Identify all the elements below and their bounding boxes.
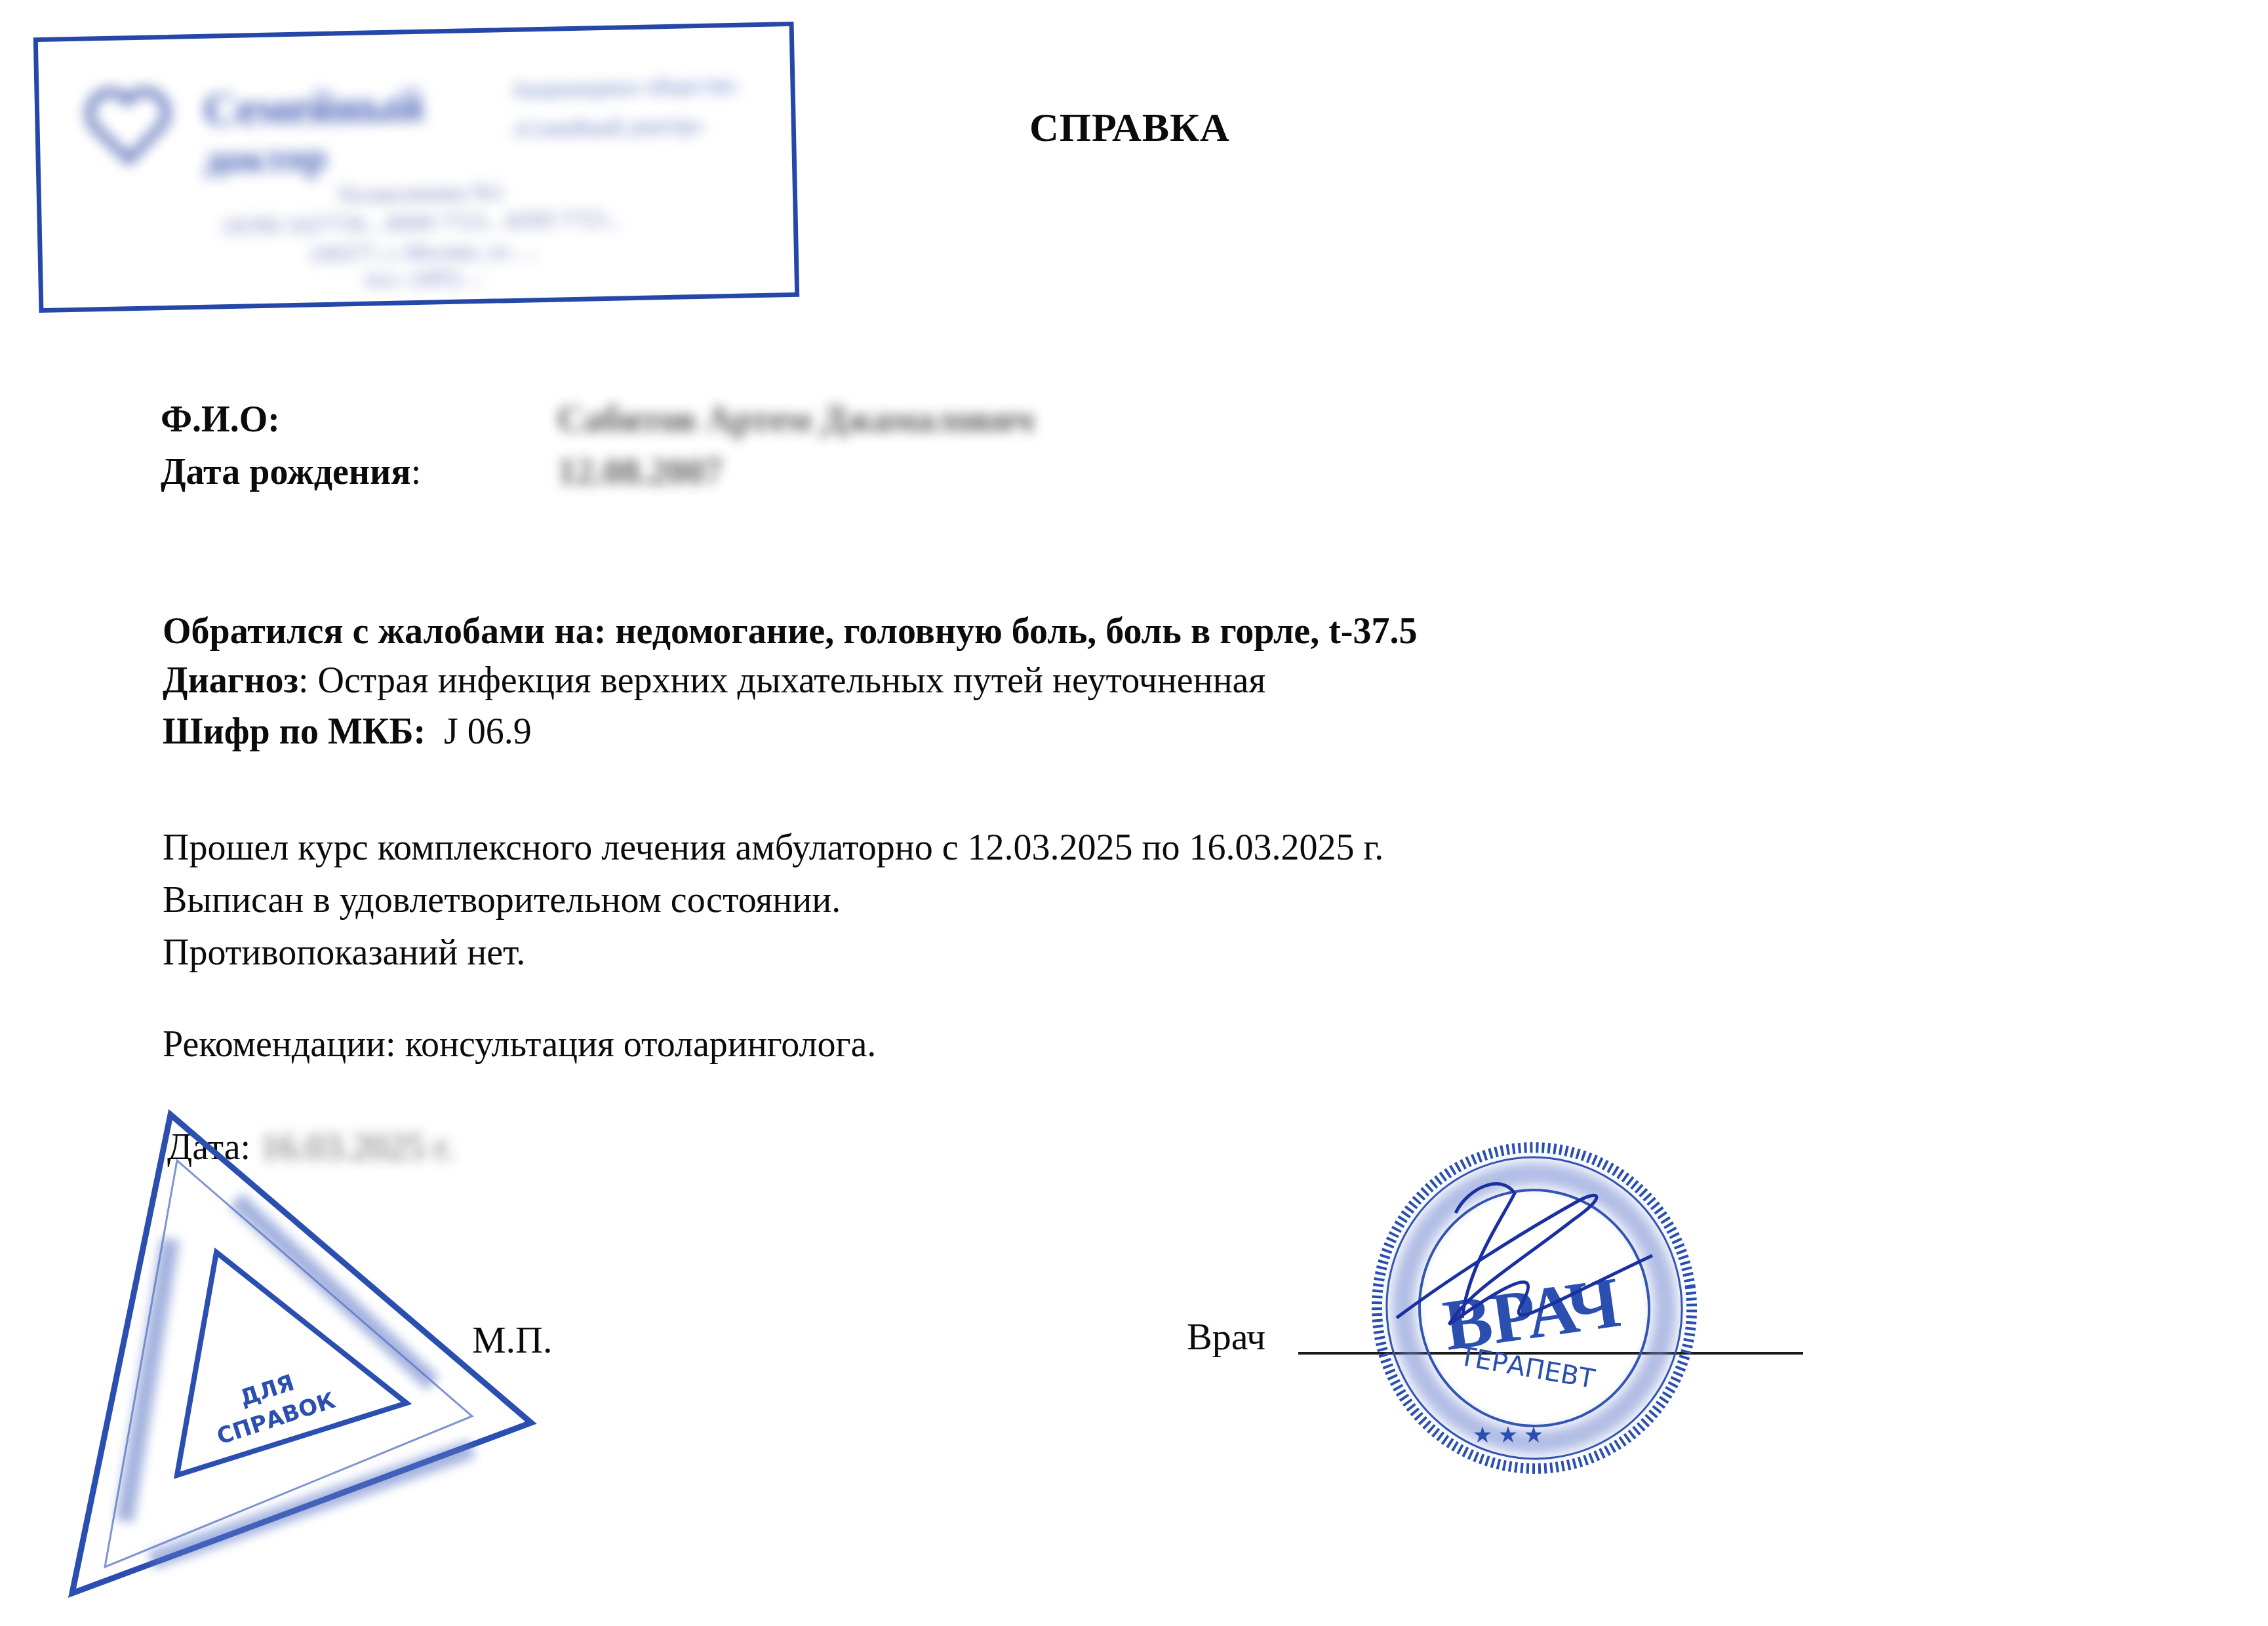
complaints-line: Обратился с жалобами на: недомогание, го…	[163, 613, 1418, 650]
diagnosis-label: Диагноз	[163, 660, 298, 701]
clinic-logo-line1: Семейный	[203, 80, 424, 137]
recommendations-line: Рекомендации: консультация отоларинголог…	[163, 1026, 876, 1063]
diagnosis-colon: :	[298, 660, 309, 701]
round-stamp-stars: ★ ★ ★	[1473, 1423, 1543, 1448]
seal-placeholder-label: М.П.	[472, 1318, 552, 1362]
document-title: СПРАВКА	[1029, 105, 1230, 151]
diagnosis-value: Острая инфекция верхних дыхательных путе…	[309, 660, 1266, 701]
fio-value-redacted: Сабитов Артем Джамалович	[557, 401, 1034, 438]
fio-label: Ф.И.О:	[161, 401, 280, 438]
dob-colon: :	[411, 452, 422, 492]
heart-logo-icon	[78, 75, 178, 176]
treatment-line3: Противопоказаний нет.	[163, 934, 525, 971]
doctor-label: Врач	[1187, 1315, 1265, 1358]
icd-colon: :	[413, 711, 426, 752]
treatment-line2: Выписан в удовлетворительном состоянии.	[163, 882, 841, 919]
dob-label: Дата рождения	[161, 452, 411, 492]
doctor-round-stamp: ВРАЧ ТЕРАПЕВТ ★ ★ ★	[1351, 1134, 1718, 1482]
dob-value: 12.08.2007	[557, 454, 723, 490]
icd-value: J 06.9	[426, 711, 532, 752]
clinic-header-stamp-content: Семейный доктор Акционерное общество «Се…	[38, 26, 795, 308]
dob-value-redacted: 12.08.2007	[557, 454, 723, 490]
treatment-line1: Прошел курс комплексного лечения амбулат…	[163, 829, 1383, 866]
clinic-org-line1: Акционерное общество	[511, 73, 736, 103]
fio-value: Сабитов Артем Джамалович	[557, 401, 1034, 438]
icd-line: Шифр по МКБ: J 06.9	[163, 713, 532, 750]
clinic-logo-line2: доктор	[204, 134, 327, 182]
dob-row: Дата рождения:	[161, 454, 421, 490]
diagnosis-line: Диагноз: Острая инфекция верхних дыхател…	[163, 662, 1265, 699]
clinic-org-line2: «Семейный доктор»	[511, 113, 704, 142]
clinic-header-stamp: Семейный доктор Акционерное общество «Се…	[33, 22, 800, 313]
icd-label: Шифр по МКБ	[163, 711, 413, 752]
